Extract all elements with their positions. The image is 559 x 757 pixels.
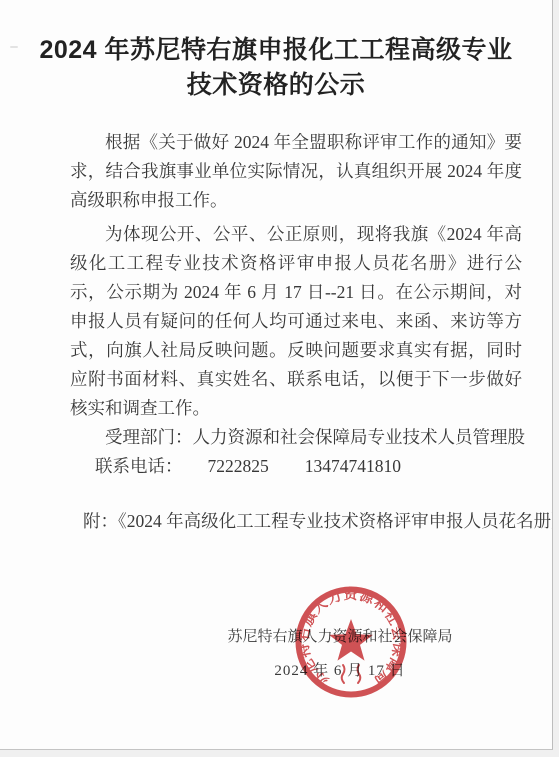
contact-phone-line: 联系电话：722282513474741810 [70, 452, 522, 481]
department-value: 人力资源和社会保障局专业技术人员管理股 [193, 427, 526, 447]
document-title: 2024 年苏尼特右旗申报化工工程高级专业 技术资格的公示 [0, 33, 552, 103]
issuing-organization: 苏尼特右旗人力资源和社会保障局 [140, 627, 540, 647]
paragraph-basis: 根据《关于做好 2024 年全盟职称评审工作的通知》要求，结合我旗事业单位实际情… [70, 128, 522, 215]
scanned-document-page: 2024 年苏尼特右旗申报化工工程高级专业 技术资格的公示 根据《关于做好 20… [0, 0, 553, 750]
phone-number-1: 7222825 [183, 452, 269, 481]
signature-block: 苏尼特右旗人力资源和社会保障局 2024 年 6 月 17 日 [140, 627, 540, 681]
phone-number-2: 13474741810 [305, 456, 401, 476]
title-line-2: 技术资格的公示 [0, 68, 552, 103]
attachment-line: 附：《2024 年高级化工工程专业技术资格评审申报人员花名册》 [70, 507, 553, 536]
phone-label: 联系电话： [95, 456, 183, 476]
department-label: 受理部门： [105, 427, 193, 447]
contact-department-line: 受理部门：人力资源和社会保障局专业技术人员管理股 [70, 423, 522, 452]
scan-artifact [10, 46, 18, 48]
issue-date: 2024 年 6 月 17 日 [140, 661, 540, 681]
paragraph-publicity: 为体现公开、公平、公正原则，现将我旗《2024 年高级化工工程专业技术资格评审申… [70, 220, 522, 423]
document-body: 根据《关于做好 2024 年全盟职称评审工作的通知》要求，结合我旗事业单位实际情… [70, 128, 522, 536]
attachment-title: 《2024 年高级化工工程专业技术资格评审申报人员花名册》 [118, 511, 553, 531]
attachment-label: 附： [83, 511, 118, 531]
title-line-1: 2024 年苏尼特右旗申报化工工程高级专业 [0, 33, 552, 68]
